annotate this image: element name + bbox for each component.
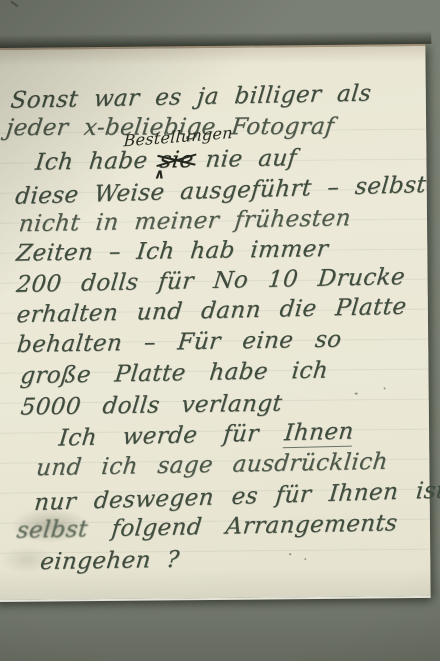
line-rest: folgend Arrangements [110,510,399,542]
photo-backdrop: Sonst war es ja billiger als jeder x-bel… [0,0,440,661]
handwriting-line: behalten – Für eine so [16,327,343,358]
ink-speck [355,393,358,395]
handwriting-line: 200 dolls für No 10 Drucke [15,264,406,298]
line-prefix: Ich werde für [58,421,260,452]
handwriting-line-with-underline: Ich werde für Ihnen [58,419,355,452]
handwriting-line: Sonst war es ja billiger als [9,81,372,114]
handwriting-line-with-correction: Ich habesienie auf Bestellungen ∧ [34,145,298,175]
handwriting-line: nicht in meiner frühesten [18,205,353,237]
manuscript-page: Sonst war es ja billiger als jeder x-bel… [0,44,431,600]
line-suffix: nie auf [204,145,298,173]
ink-speck [289,553,291,555]
line-prefix: Ich habe [34,148,149,176]
backdrop-scratch-mark [10,1,19,8]
smudged-word: selbst [15,516,89,543]
handwriting-line: große Platte habe ich [19,358,329,390]
handwriting-line: eingehen ? [39,547,181,575]
handwriting-line: erhalten und dann die Platte [15,294,407,329]
ink-speck [384,387,386,389]
handwriting-line: und ich sage ausdrücklich [35,449,389,481]
underlined-word: Ihnen [283,419,355,449]
ink-speck [304,558,306,560]
handwriting-line: 5000 dolls verlangt [19,391,283,421]
handwriting-line: Zeiten – Ich hab immer [15,236,330,267]
handwriting-line: diese Weise ausgeführt – selbst [14,172,427,210]
